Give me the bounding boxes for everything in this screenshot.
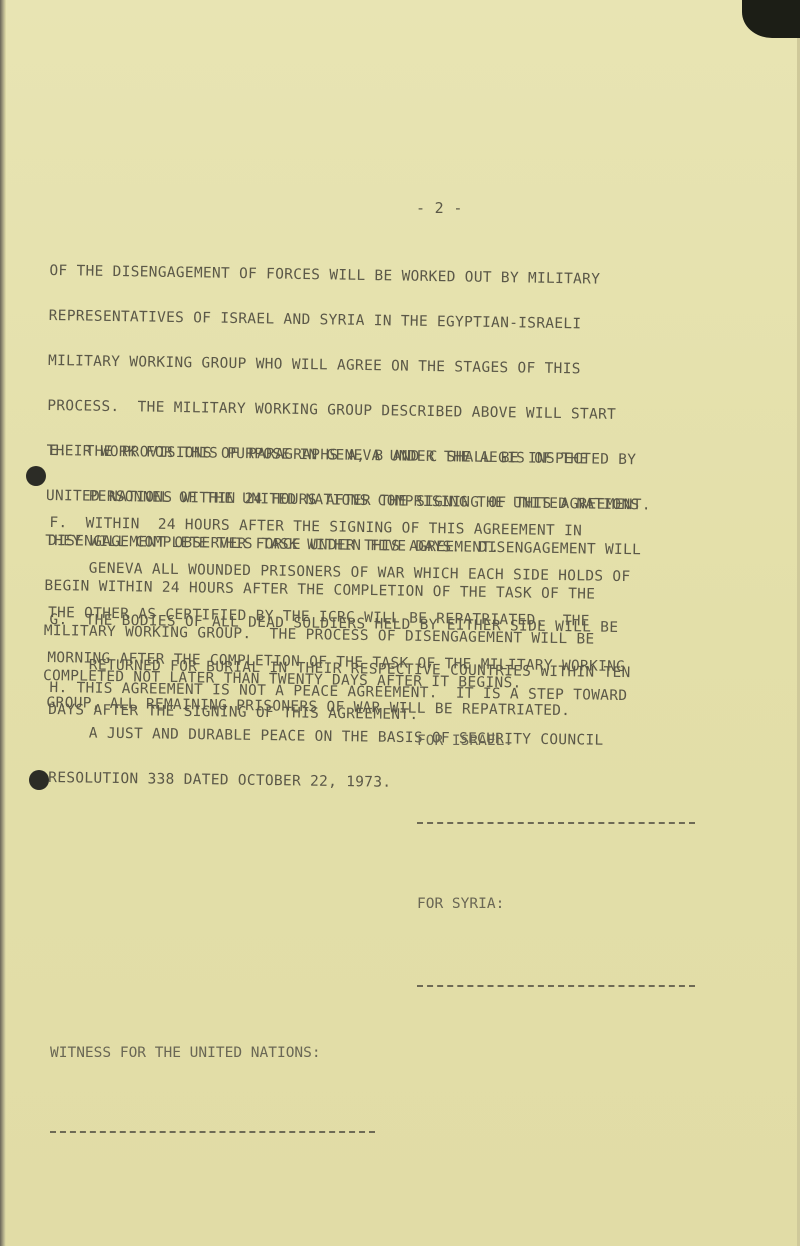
signature-label-syria: FOR SYRIA: — [417, 896, 504, 912]
text-line: G. THE BODIES OF ALL DEAD SOLDIERS HELD … — [49, 613, 631, 636]
text-line: E. THE PROVISIONS OF PARAGRAPHS A, B AND… — [49, 444, 640, 468]
text-line: A JUST AND DURABLE PEACE ON THE BASIS OF… — [49, 726, 627, 749]
punch-hole-mark — [26, 466, 46, 486]
punch-hole-mark — [29, 770, 49, 790]
text-line: REPRESENTATIVES OF ISRAEL AND SYRIA IN T… — [49, 309, 654, 334]
signature-label-israel: FOR ISRAEL: — [417, 733, 513, 749]
paper-edge-shadow — [0, 0, 6, 1246]
text-line: RESOLUTION 338 DATED OCTOBER 22, 1973. — [48, 771, 626, 794]
corner-ink-blot — [742, 0, 800, 38]
text-line: F. WITHIN 24 HOURS AFTER THE SIGNING OF … — [49, 516, 631, 540]
signature-label-witness: WITNESS FOR THE UNITED NATIONS: — [50, 1045, 321, 1061]
signature-line-syria — [417, 985, 695, 987]
text-line: H. THIS AGREEMENT IS NOT A PEACE AGREEME… — [49, 681, 627, 704]
page-number: - 2 - — [416, 201, 463, 216]
text-line: GENEVA ALL WOUNDED PRISONERS OF WAR WHIC… — [49, 561, 631, 585]
document-page: - 2 - OF THE DISENGAGEMENT OF FORCES WIL… — [0, 0, 800, 1246]
text-line: MILITARY WORKING GROUP WHO WILL AGREE ON… — [48, 354, 653, 379]
paragraph-h: H. THIS AGREEMENT IS NOT A PEACE AGREEME… — [48, 651, 628, 824]
signature-line-witness — [50, 1131, 375, 1133]
signature-line-israel — [417, 822, 695, 824]
text-line: OF THE DISENGAGEMENT OF FORCES WILL BE W… — [49, 264, 654, 289]
